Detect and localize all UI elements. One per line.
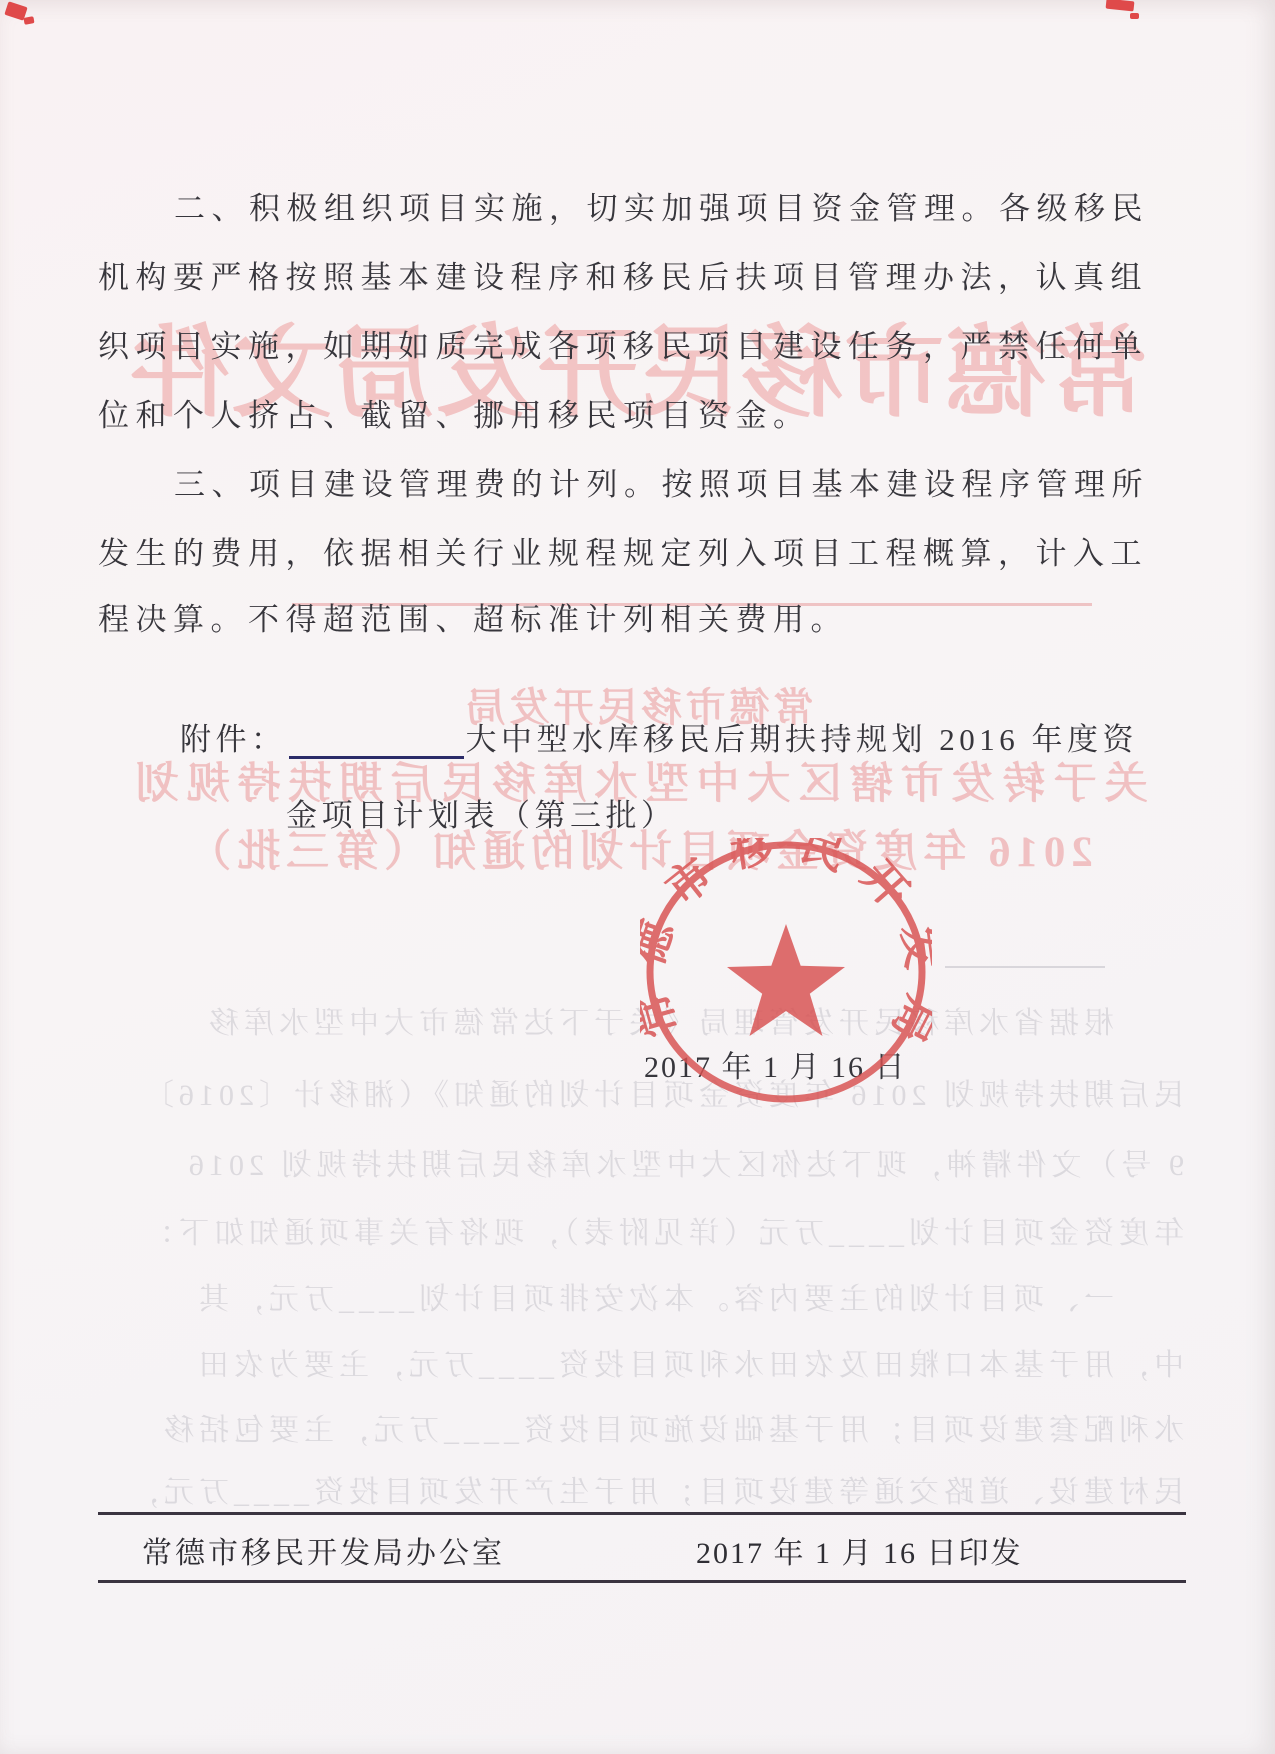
bleedthrough-body-line: 民后期扶持规划 2016 年度资金项目计划的通知》（湘移计〔2016〕 xyxy=(92,1070,1184,1114)
body-paragraph2-line1: 二、积极组织项目实施，切实加强项目资金管理。各级移民 xyxy=(174,183,1149,228)
attachment-label: 附件： xyxy=(180,714,287,759)
scan-speck xyxy=(23,16,34,25)
bleedthrough-body-line: 年度资金项目计划____万元（详见附表），现将有关事项通知如下： xyxy=(92,1208,1184,1252)
body-paragraph3-line2: 发生的费用，依据相关行业规程规定列入项目工程概算，计入工 xyxy=(98,528,1148,573)
scan-speck xyxy=(1130,13,1139,19)
official-seal: 常德市移民开发局 xyxy=(640,838,932,1114)
attachment-title-part1: 大中型水库移民后期扶持规划 2016 年度资 xyxy=(466,714,1139,759)
bleedthrough-blank-line xyxy=(945,966,1105,968)
body-paragraph3-line3: 程决算。不得超范围、超标准计列相关费用。 xyxy=(98,594,848,639)
bleedthrough-body-line: 水利配套建设项目；用于基础设施项目投资____万元，主要包括移 xyxy=(92,1405,1184,1449)
bleedthrough-body-line: 9 号）文件精神，现下达你区大中型水库移民后期扶持规划 2016 xyxy=(92,1140,1184,1184)
attachment-blank-underline xyxy=(289,722,464,759)
attachment-title-part2: 金项目计划表（第三批） xyxy=(286,790,677,835)
body-paragraph2-line4: 位和个人挤占、截留、挪用移民项目资金。 xyxy=(98,390,811,435)
bleedthrough-body-line: 中，用于基本口粮田及农田水利项目投资____万元，主要为农田 xyxy=(92,1340,1184,1384)
bleedthrough-body-line: 根据省水库移民开发管理局《关于下达常德市大中型水库移 xyxy=(92,998,1184,1042)
body-paragraph2-line3: 织项目实施，如期如质完成各项移民项目建设任务，严禁任何单 xyxy=(98,321,1148,366)
body-paragraph3-line1: 三、项目建设管理费的计列。按照项目基本建设程序管理所 xyxy=(174,459,1149,504)
attachment-line: 附件：大中型水库移民后期扶持规划 2016 年度资 xyxy=(180,714,1138,759)
scanned-document-page: 常德市移民开发局文件 常德市移民开发局 关于转发市辖区大中型水库移民后期扶持规划… xyxy=(0,0,1275,1754)
footer-bottom-rule xyxy=(98,1580,1186,1583)
footer-top-rule xyxy=(98,1512,1186,1515)
footer-print-date: 2017 年 1 月 16 日印发 xyxy=(696,1528,1023,1572)
bleedthrough-body-line: 一、项目计划的主要内容。本次安排项目计划____万元，其 xyxy=(92,1274,1184,1318)
body-paragraph2-line2: 机构要严格按照基本建设程序和移民后扶项目管理办法，认真组 xyxy=(98,252,1148,297)
scan-speck xyxy=(1106,0,1135,11)
footer-issuing-office: 常德市移民开发局办公室 xyxy=(142,1528,505,1572)
bleedthrough-body-line: 民村建设、道路交通等建设项目；用于生产开发项目投资____万元， xyxy=(92,1467,1184,1511)
seal-graphic: 常德市移民开发局 xyxy=(640,838,932,1114)
seal-star-icon xyxy=(727,924,845,1036)
